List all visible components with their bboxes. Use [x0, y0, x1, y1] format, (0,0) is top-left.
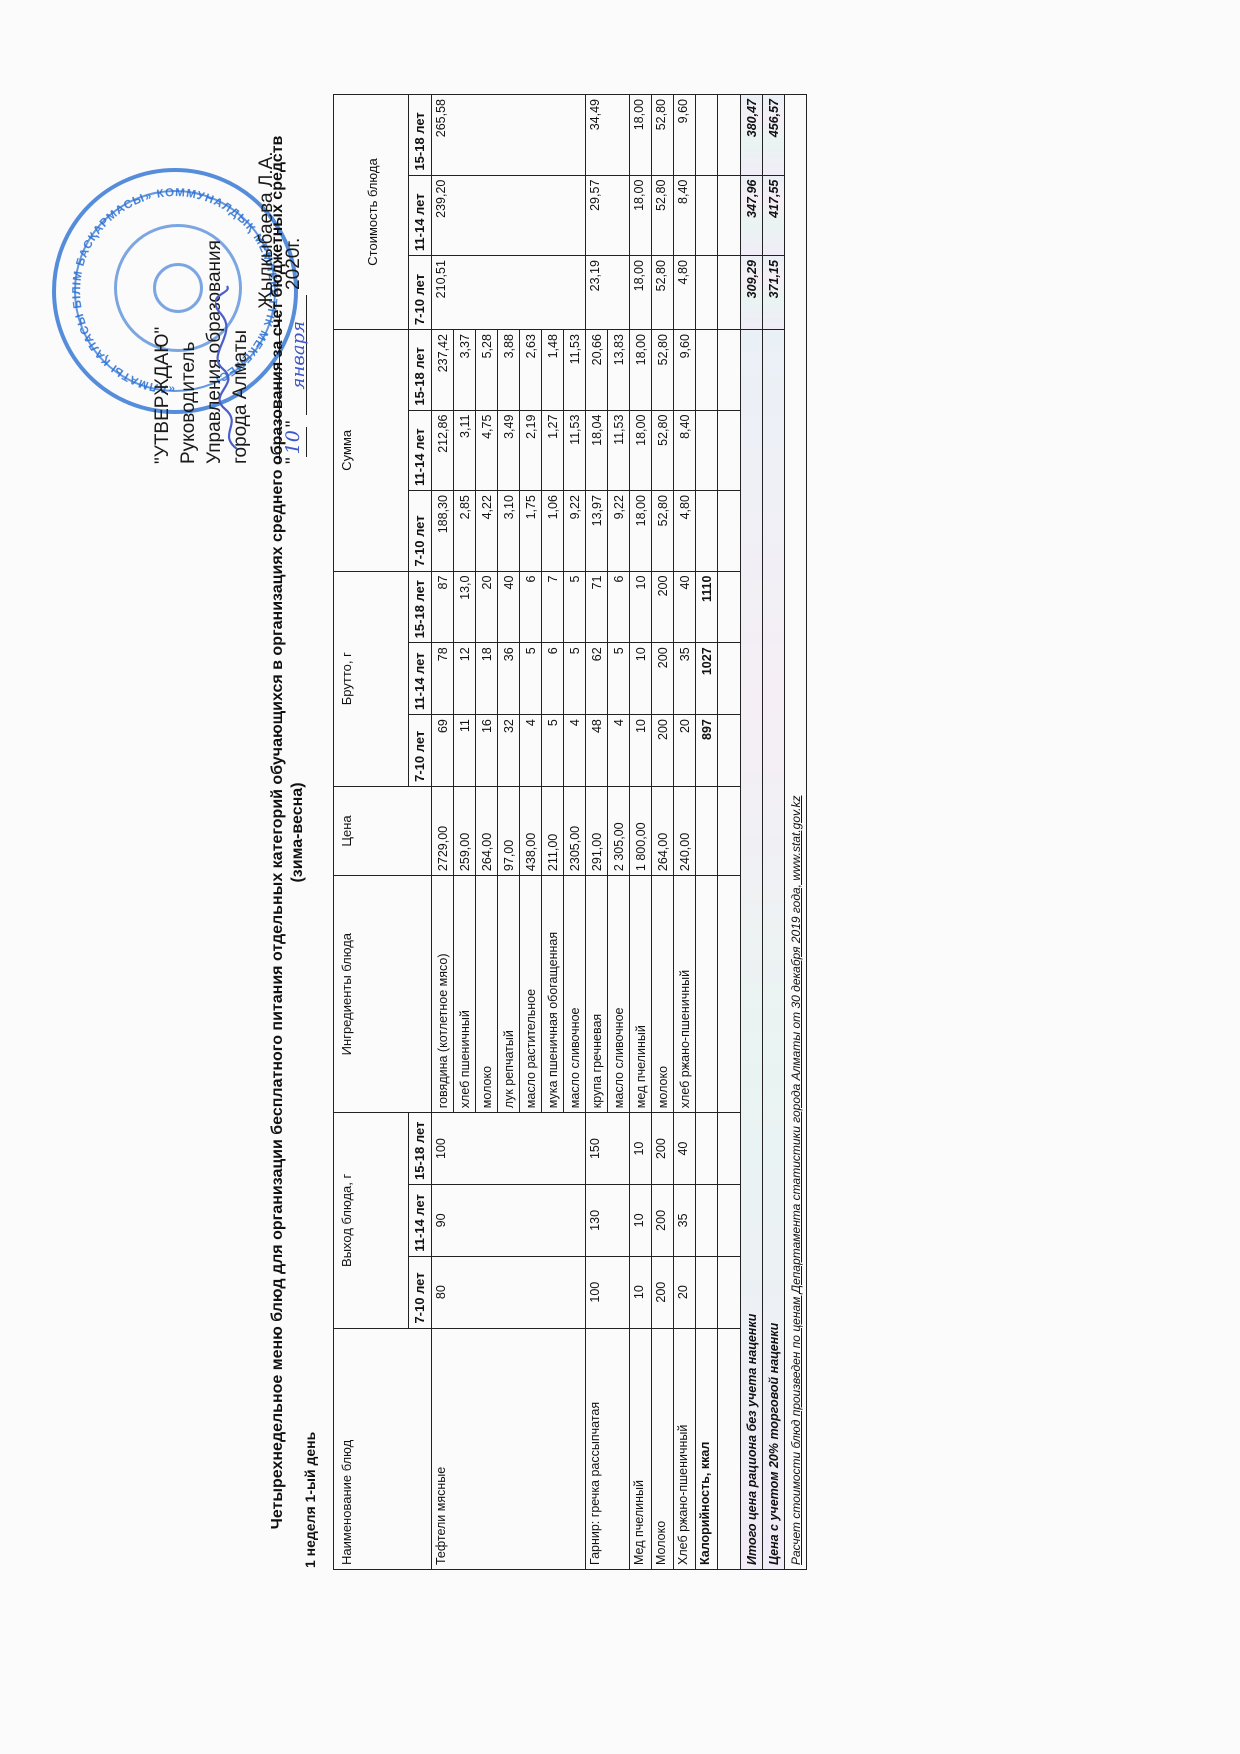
sum-value: 11,53 — [564, 330, 586, 411]
price-value: 291,00 — [586, 786, 608, 875]
ingredient-name — [696, 876, 718, 1113]
footnote: Расчет стоимости блюд произведен по цена… — [785, 95, 807, 1570]
output-value: 10 — [630, 1256, 652, 1328]
empty-cell — [718, 330, 741, 411]
dish-name: Молоко — [652, 1328, 674, 1569]
sum-value: 11,53 — [564, 410, 586, 490]
table-row: Хлеб ржано-пшеничный203540хлеб ржано-пше… — [674, 95, 696, 1570]
brutto-value: 5 — [564, 643, 586, 715]
price-value: 211,00 — [542, 786, 564, 875]
brutto-value: 48 — [586, 715, 608, 787]
document-page: «АЛМАТЫ ҚАЛАСЫ БІЛІМ БАСҚАРМАСЫ» КОММУНА… — [0, 0, 1240, 1754]
cost-value: 18,00 — [630, 95, 652, 176]
empty-cell — [718, 256, 741, 330]
brutto-value: 6 — [542, 643, 564, 715]
total-cost-value: 371,15 — [763, 256, 785, 330]
sum-value: 11,53 — [608, 410, 630, 490]
empty-cell — [718, 1113, 741, 1185]
header-dish-name: Наименование блюд — [334, 1328, 432, 1569]
brutto-value: 10 — [630, 571, 652, 643]
brutto-value: 6 — [520, 571, 542, 643]
ingredient-name: говядина (котлетное мясо) — [432, 876, 454, 1113]
total-cost-value: 380,47 — [741, 95, 763, 176]
empty-cell — [718, 1184, 741, 1256]
sum-value — [696, 330, 718, 411]
ingredient-name: хлеб ржано-пшеничный — [674, 876, 696, 1113]
ingredient-name: мука пшеничная обогащенная — [542, 876, 564, 1113]
brutto-value: 62 — [586, 643, 608, 715]
brutto-value: 18 — [476, 643, 498, 715]
brutto-value: 40 — [674, 571, 696, 643]
header-age-15-18: 15-18 лет — [409, 1113, 432, 1185]
price-value: 240,00 — [674, 786, 696, 875]
brutto-value: 5 — [564, 571, 586, 643]
cost-value — [696, 175, 718, 255]
ingredient-name: масло сливочное — [608, 876, 630, 1113]
brutto-value: 20 — [674, 715, 696, 787]
empty-cell — [718, 1328, 741, 1569]
brutto-value: 4 — [520, 715, 542, 787]
sum-value — [696, 491, 718, 571]
sum-value: 4,75 — [476, 410, 498, 490]
sum-value: 13,97 — [586, 491, 608, 571]
sum-value: 3,11 — [454, 410, 476, 490]
output-value: 200 — [652, 1113, 674, 1185]
price-value: 97,00 — [498, 786, 520, 875]
header-age-11-14: 11-14 лет — [409, 643, 432, 715]
total-cost-value: 417,55 — [763, 175, 785, 255]
dish-name: Гарнир: гречка рассыпчатая — [586, 1328, 630, 1569]
brutto-value: 36 — [498, 643, 520, 715]
output-value — [696, 1256, 718, 1328]
table-row: Гарнир: гречка рассыпчатая100130150крупа… — [586, 95, 608, 1570]
ingredient-name: молоко — [652, 876, 674, 1113]
sum-value: 18,00 — [630, 491, 652, 571]
output-value — [696, 1113, 718, 1185]
brutto-value: 13,0 — [454, 571, 476, 643]
output-value: 200 — [652, 1184, 674, 1256]
brutto-value: 35 — [674, 643, 696, 715]
sum-value: 2,85 — [454, 491, 476, 571]
output-value: 20 — [674, 1256, 696, 1328]
sum-value: 52,80 — [652, 410, 674, 490]
brutto-value: 897 — [696, 715, 718, 787]
brutto-value: 200 — [652, 571, 674, 643]
total-cost-value: 456,57 — [763, 95, 785, 176]
empty-cell — [718, 95, 741, 176]
total-no-markup-row: Итого цена рациона без учета наценки309,… — [741, 95, 763, 1570]
empty-cell — [718, 491, 741, 571]
ingredient-name: масло растительное — [520, 876, 542, 1113]
cost-value: 210,51 — [432, 256, 586, 330]
sum-value: 3,37 — [454, 330, 476, 411]
week-day-label: 1 неделя 1-ый день — [302, 1432, 318, 1568]
cost-value: 29,57 — [586, 175, 630, 255]
empty-cell — [718, 715, 741, 787]
cost-value — [696, 256, 718, 330]
sum-value — [696, 410, 718, 490]
table-row: Мед пчелиный101010мед пчелиный1 800,0010… — [630, 95, 652, 1570]
cost-value: 4,80 — [674, 256, 696, 330]
sum-value: 3,49 — [498, 410, 520, 490]
price-value: 2 305,00 — [608, 786, 630, 875]
price-value: 2305,00 — [564, 786, 586, 875]
brutto-value: 5 — [542, 715, 564, 787]
ingredient-name: масло сливочное — [564, 876, 586, 1113]
sum-value: 2,19 — [520, 410, 542, 490]
price-value: 2729,00 — [432, 786, 454, 875]
header-output: Выход блюда, г — [334, 1113, 409, 1328]
cost-value: 239,20 — [432, 175, 586, 255]
cost-value: 18,00 — [630, 175, 652, 255]
brutto-value: 1027 — [696, 643, 718, 715]
ingredient-name: хлеб пшеничный — [454, 876, 476, 1113]
dish-name: Тефтели мясные — [432, 1328, 586, 1569]
approval-heading: "УТВЕРЖДАЮ" — [150, 144, 176, 464]
sum-value: 237,42 — [432, 330, 454, 411]
cost-value: 9,60 — [674, 95, 696, 176]
ingredient-name: молоко — [476, 876, 498, 1113]
output-value: 40 — [674, 1113, 696, 1185]
sum-value: 52,80 — [652, 491, 674, 571]
empty-cell — [718, 643, 741, 715]
sum-value: 52,80 — [652, 330, 674, 411]
menu-table-body: Тефтели мясные8090100говядина (котлетное… — [432, 95, 807, 1570]
header-age-11-14: 11-14 лет — [409, 410, 432, 490]
empty-cell — [718, 876, 741, 1113]
approval-department: Управления образования — [202, 144, 228, 464]
brutto-value: 4 — [564, 715, 586, 787]
dish-name: Хлеб ржано-пшеничный — [674, 1328, 696, 1569]
sum-value: 188,30 — [432, 491, 454, 571]
header-age-15-18: 15-18 лет — [409, 571, 432, 643]
header-ingredients: Ингредиенты блюда — [334, 876, 432, 1113]
sum-value: 1,27 — [542, 410, 564, 490]
sum-value: 9,22 — [608, 491, 630, 571]
sum-value: 18,04 — [586, 410, 608, 490]
price-value: 264,00 — [476, 786, 498, 875]
sum-value: 1,75 — [520, 491, 542, 571]
brutto-value: 5 — [608, 643, 630, 715]
brutto-value: 40 — [498, 571, 520, 643]
approval-position: Руководитель — [176, 144, 202, 464]
output-value: 10 — [630, 1113, 652, 1185]
output-value: 80 — [432, 1256, 586, 1328]
total-with-markup-row: Цена с учетом 20% торговой наценки371,15… — [763, 95, 785, 1570]
brutto-value: 1110 — [696, 571, 718, 643]
total-label: Цена с учетом 20% торговой наценки — [763, 330, 785, 1570]
brutto-value: 200 — [652, 643, 674, 715]
brutto-value: 10 — [630, 643, 652, 715]
sum-value: 5,28 — [476, 330, 498, 411]
blank-row — [718, 95, 741, 1570]
sum-value: 20,66 — [586, 330, 608, 411]
total-cost-value: 309,29 — [741, 256, 763, 330]
header-age-7-10: 7-10 лет — [409, 256, 432, 330]
price-value: 259,00 — [454, 786, 476, 875]
cost-value: 52,80 — [652, 95, 674, 176]
output-value: 200 — [652, 1256, 674, 1328]
price-value — [696, 786, 718, 875]
cost-value: 52,80 — [652, 175, 674, 255]
output-value: 150 — [586, 1113, 630, 1185]
cost-value: 8,40 — [674, 175, 696, 255]
brutto-value: 7 — [542, 571, 564, 643]
table-row: Тефтели мясные8090100говядина (котлетное… — [432, 95, 454, 1570]
sum-value: 2,63 — [520, 330, 542, 411]
output-value: 100 — [586, 1256, 630, 1328]
season-subtitle: (зима-весна) — [288, 95, 308, 1570]
cost-value: 52,80 — [652, 256, 674, 330]
output-value: 100 — [432, 1113, 586, 1185]
sum-value: 4,80 — [674, 491, 696, 571]
menu-table: Наименование блюд Выход блюда, г Ингреди… — [333, 94, 807, 1570]
empty-cell — [718, 786, 741, 875]
brutto-value: 6 — [608, 571, 630, 643]
sum-value: 1,06 — [542, 491, 564, 571]
footnote-text: Расчет стоимости блюд произведен по цена… — [789, 796, 803, 1565]
sum-value: 9,60 — [674, 330, 696, 411]
ingredient-name: крупа гречневая — [586, 876, 608, 1113]
brutto-value: 69 — [432, 715, 454, 787]
price-value: 1 800,00 — [630, 786, 652, 875]
brutto-value: 10 — [630, 715, 652, 787]
sum-value: 13,83 — [608, 330, 630, 411]
dish-name: Калорийность, ккал — [696, 1328, 718, 1569]
header-price: Цена — [334, 786, 432, 875]
sum-value: 18,00 — [630, 410, 652, 490]
brutto-value: 16 — [476, 715, 498, 787]
empty-cell — [718, 1256, 741, 1328]
total-cost-value: 347,96 — [741, 175, 763, 255]
approval-city: города Алматы — [228, 144, 254, 464]
header-brutto: Брутто, г — [334, 571, 409, 786]
header-age-11-14: 11-14 лет — [409, 175, 432, 255]
sum-value: 4,22 — [476, 491, 498, 571]
sum-value: 212,86 — [432, 410, 454, 490]
price-value: 264,00 — [652, 786, 674, 875]
output-value: 90 — [432, 1184, 586, 1256]
header-age-7-10: 7-10 лет — [409, 1256, 432, 1328]
total-label: Итого цена рациона без учета наценки — [741, 330, 763, 1570]
header-age-7-10: 7-10 лет — [409, 715, 432, 787]
cost-value: 34,49 — [586, 95, 630, 176]
brutto-value: 200 — [652, 715, 674, 787]
brutto-value: 20 — [476, 571, 498, 643]
empty-cell — [718, 571, 741, 643]
brutto-value: 12 — [454, 643, 476, 715]
brutto-value: 32 — [498, 715, 520, 787]
header-age-15-18: 15-18 лет — [409, 330, 432, 411]
empty-cell — [718, 175, 741, 255]
brutto-value: 5 — [520, 643, 542, 715]
output-value: 130 — [586, 1184, 630, 1256]
brutto-value: 87 — [432, 571, 454, 643]
sum-value: 18,00 — [630, 330, 652, 411]
header-cost: Стоимость блюда — [334, 95, 409, 330]
sum-value: 8,40 — [674, 410, 696, 490]
brutto-value: 11 — [454, 715, 476, 787]
cost-value: 23,19 — [586, 256, 630, 330]
document-title: Четырехнедельное меню блюд для организац… — [268, 95, 308, 1570]
sum-value: 1,48 — [542, 330, 564, 411]
brutto-value: 4 — [608, 715, 630, 787]
footnote-row: Расчет стоимости блюд произведен по цена… — [785, 95, 807, 1570]
price-value: 438,00 — [520, 786, 542, 875]
table-row: Молоко200200200молоко264,0020020020052,8… — [652, 95, 674, 1570]
ingredient-name: лук репчатый — [498, 876, 520, 1113]
brutto-value: 78 — [432, 643, 454, 715]
ingredient-name: мед пчелиный — [630, 876, 652, 1113]
header-sum: Сумма — [334, 330, 409, 571]
cost-value: 265,58 — [432, 95, 586, 176]
output-value: 35 — [674, 1184, 696, 1256]
sum-value: 9,22 — [564, 491, 586, 571]
cost-value: 18,00 — [630, 256, 652, 330]
empty-cell — [718, 410, 741, 490]
header-age-7-10: 7-10 лет — [409, 491, 432, 571]
sum-value: 3,88 — [498, 330, 520, 411]
sum-value: 3,10 — [498, 491, 520, 571]
output-value — [696, 1184, 718, 1256]
output-value: 10 — [630, 1184, 652, 1256]
cost-value — [696, 95, 718, 176]
header-age-11-14: 11-14 лет — [409, 1184, 432, 1256]
brutto-value: 71 — [586, 571, 608, 643]
table-row: Калорийность, ккал89710271110 — [696, 95, 718, 1570]
header-age-15-18: 15-18 лет — [409, 95, 432, 176]
dish-name: Мед пчелиный — [630, 1328, 652, 1569]
